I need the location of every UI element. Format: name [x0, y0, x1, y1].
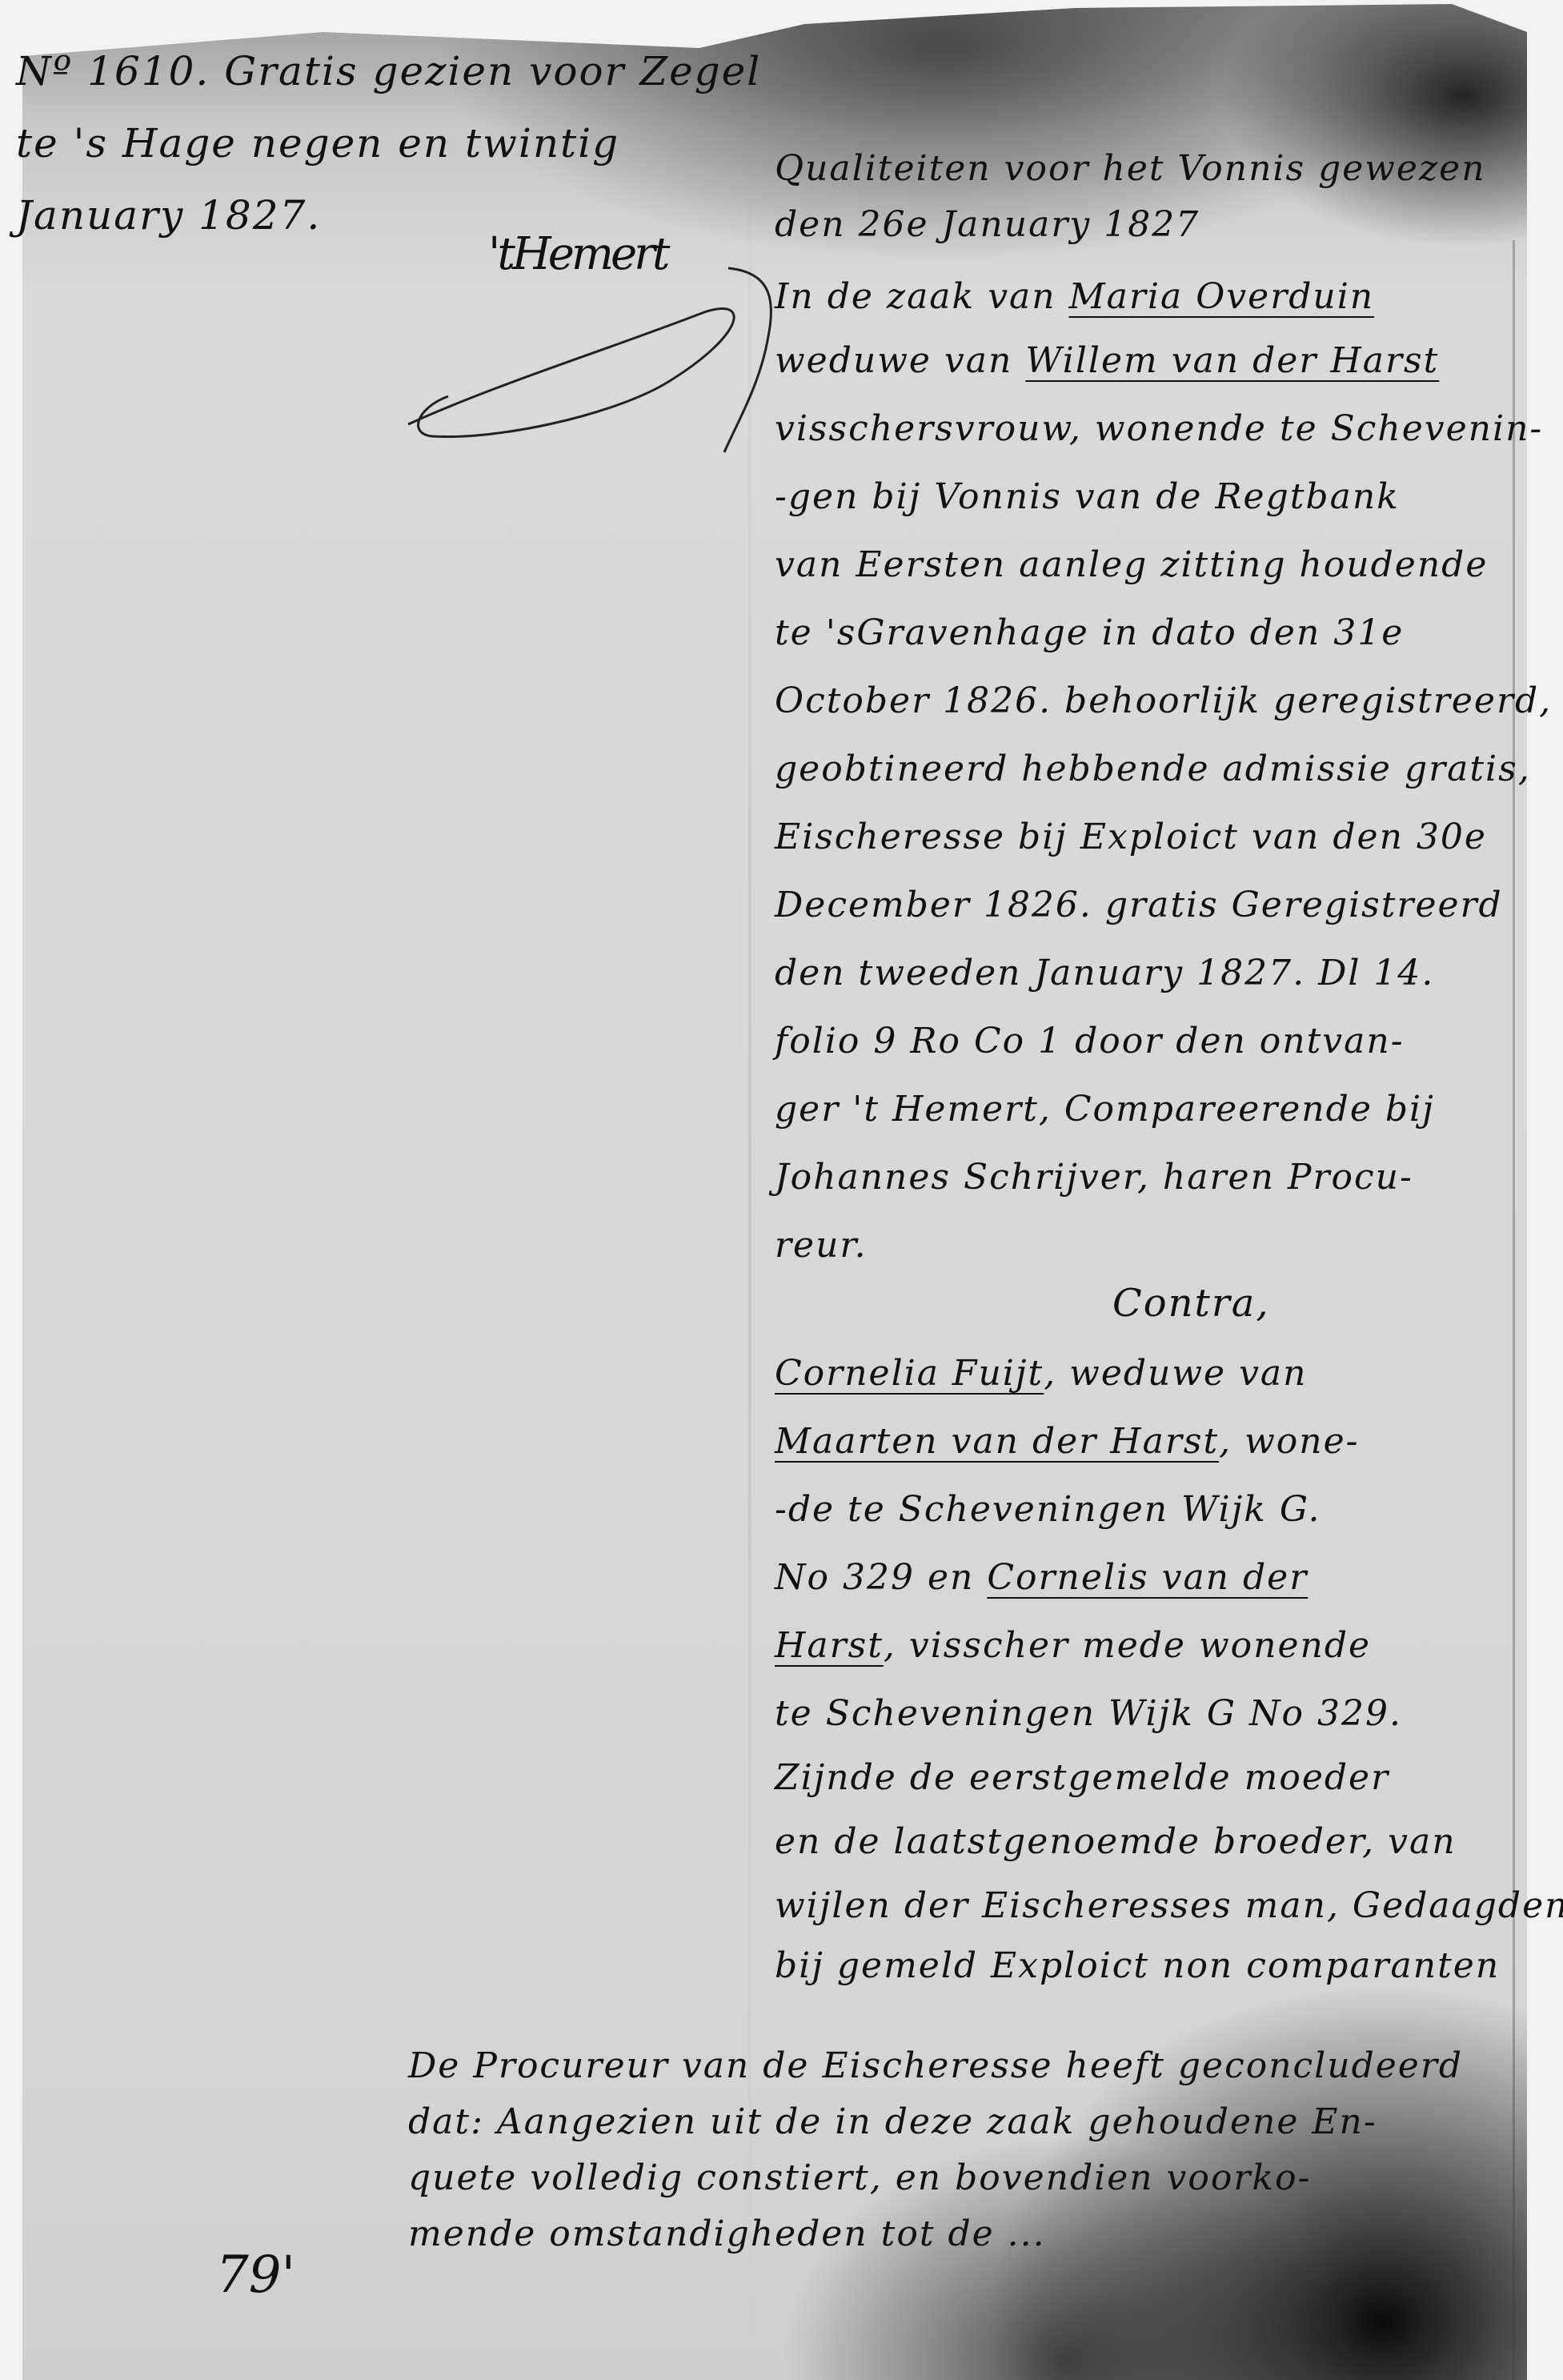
defendant-line: te Scheveningen Wijk G No 329. [775, 1693, 1402, 1734]
body-line: December 1826. gratis Geregistreerd [775, 885, 1503, 925]
defendant-line: wijlen der Eischeresses man, Gedaagden [775, 1885, 1563, 1926]
page-number: 79' [216, 2246, 295, 2305]
margin-note-line-3: January 1827. [16, 192, 321, 239]
body-line: geobtineerd hebbende admissie gratis, [775, 749, 1531, 789]
body-line: Johannes Schrijver, haren Procu- [775, 1157, 1413, 1198]
body-line: van Eersten aanleg zitting houdende [775, 544, 1488, 585]
body-line: ger 't Hemert, Compareerende bij [775, 1089, 1435, 1130]
defendant-line: Harst, visscher mede wonende [775, 1625, 1371, 1666]
defendant-line: bij gemeld Exploict non comparanten [775, 1945, 1500, 1986]
header-line-1: Qualiteiten voor het Vonnis gewezen [775, 148, 1486, 189]
defendant-line: Cornelia Fuijt, weduwe van [775, 1353, 1308, 1394]
conclusion-line: mende omstandigheden tot de ... [408, 2213, 1046, 2254]
defendant-line: Zijnde de eerstgemelde moeder [775, 1757, 1389, 1798]
body-line: visschersvrouw, wonende te Schevenin- [775, 408, 1543, 449]
body-line: Eischeresse bij Exploict van den 30e [775, 817, 1487, 857]
conclusion-line: De Procureur van de Eischeresse heeft ge… [408, 2045, 1463, 2086]
margin-note-line-1: Nº 1610. Gratis gezien voor Zegel [16, 48, 761, 94]
conclusion-line: dat: Aangezien uit de in deze zaak gehou… [408, 2101, 1377, 2142]
header-line-2: den 26e January 1827 [775, 204, 1200, 245]
defendant-line: Maarten van der Harst, wone- [775, 1421, 1360, 1462]
body-line: den tweeden January 1827. Dl 14. [775, 953, 1434, 993]
defendant-line: No 329 en Cornelis van der [775, 1557, 1308, 1598]
defendant-line: en de laatstgenoemde broeder, van [775, 1821, 1457, 1862]
body-line: folio 9 Ro Co 1 door den ontvan- [775, 1021, 1405, 1062]
conclusion-line: quete volledig constiert, en bovendien v… [408, 2157, 1311, 2198]
body-line: te 'sGravenhage in dato den 31e [775, 612, 1404, 653]
body-line: October 1826. behoorlijk geregistreerd, [775, 680, 1552, 721]
body-line: reur. [775, 1225, 868, 1266]
body-line: weduwe van Willem van der Harst [775, 340, 1439, 381]
page-right-edge [1513, 240, 1515, 2380]
margin-note-line-2: te 's Hage negen en twintig [16, 120, 619, 167]
signature-flourish-icon [400, 264, 760, 448]
contra-label: Contra, [1112, 1281, 1270, 1326]
body-line: In de zaak van Maria Overduin [775, 276, 1374, 317]
defendant-line: -de te Scheveningen Wijk G. [775, 1489, 1321, 1530]
body-line: -gen bij Vonnis van de Regtbank [775, 476, 1400, 517]
